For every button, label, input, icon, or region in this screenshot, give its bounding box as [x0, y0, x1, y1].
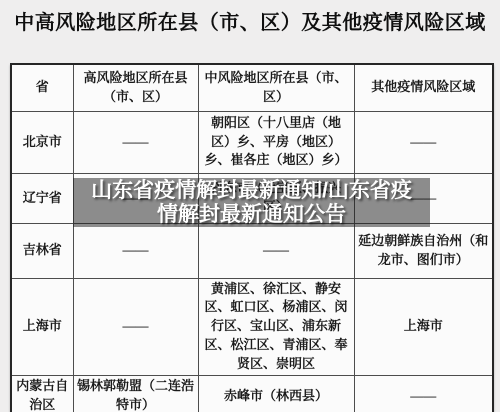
column-header-other-risk: 其他疫情风险区域	[354, 64, 493, 111]
column-header-province: 省	[11, 64, 73, 111]
table-row-shanghai: 上海市 —— 黄浦区、徐汇区、静安区、虹口区、杨浦区、闵行区、宝山区、浦东新区、…	[11, 278, 493, 375]
cell-other-risk: ——	[354, 111, 493, 173]
column-header-high-risk: 高风险地区所在县（市、区）	[73, 64, 198, 111]
table-row-jilin: 吉林省 —— —— 延边朝鲜族自治州（和龙市、图们市）	[11, 223, 493, 278]
cell-high-risk: ——	[73, 278, 198, 375]
cell-other-risk: 延边朝鲜族自治州（和龙市、图们市）	[354, 223, 493, 278]
cell-other-risk: 上海市	[354, 278, 493, 375]
cell-high-risk: 锡林郭勒盟（二连浩特市）	[73, 375, 198, 412]
risk-area-table: 省 高风险地区所在县（市、区） 中风险地区所在县（市、区） 其他疫情风险区域 北…	[10, 63, 494, 412]
cell-province: 吉林省	[11, 223, 73, 278]
cell-province: 内蒙古自治区	[11, 375, 73, 412]
page-title: 中高风险地区所在县（市、区）及其他疫情风险区域	[0, 6, 500, 35]
watermark-title-banner: 山东省疫情解封最新通知/山东省疫 情解封最新通知公告	[73, 178, 430, 227]
table-row-beijing: 北京市 —— 朝阳区（十八里店（地区）乡、平房（地区）乡、崔各庄（地区）乡） —…	[11, 111, 493, 173]
table-header-row: 省 高风险地区所在县（市、区） 中风险地区所在县（市、区） 其他疫情风险区域	[11, 64, 493, 111]
cell-medium-risk: ——	[198, 223, 354, 278]
column-header-medium-risk: 中风险地区所在县（市、区）	[198, 64, 354, 111]
watermark-line-1: 山东省疫情解封最新通知/山东省疫	[91, 179, 412, 203]
cell-other-risk: ——	[354, 375, 493, 412]
cell-province: 上海市	[11, 278, 73, 375]
cell-medium-risk: 黄浦区、徐汇区、静安区、虹口区、杨浦区、闵行区、宝山区、浦东新区、松江区、青浦区…	[198, 278, 354, 375]
watermark-line-2: 情解封最新通知公告	[157, 203, 346, 227]
cell-medium-risk: 朝阳区（十八里店（地区）乡、平房（地区）乡、崔各庄（地区）乡）	[198, 111, 354, 173]
cell-province: 北京市	[11, 111, 73, 173]
cell-medium-risk: 赤峰市（林西县）	[198, 375, 354, 412]
cell-province: 辽宁省	[11, 173, 73, 223]
cell-high-risk: ——	[73, 223, 198, 278]
cell-high-risk: ——	[73, 111, 198, 173]
risk-area-notice-image: 中高风险地区所在县（市、区）及其他疫情风险区域 省 高风险地区所在县（市、区） …	[0, 0, 500, 412]
table-row-inner-mongolia: 内蒙古自治区 锡林郭勒盟（二连浩特市） 赤峰市（林西县） ——	[11, 375, 493, 412]
